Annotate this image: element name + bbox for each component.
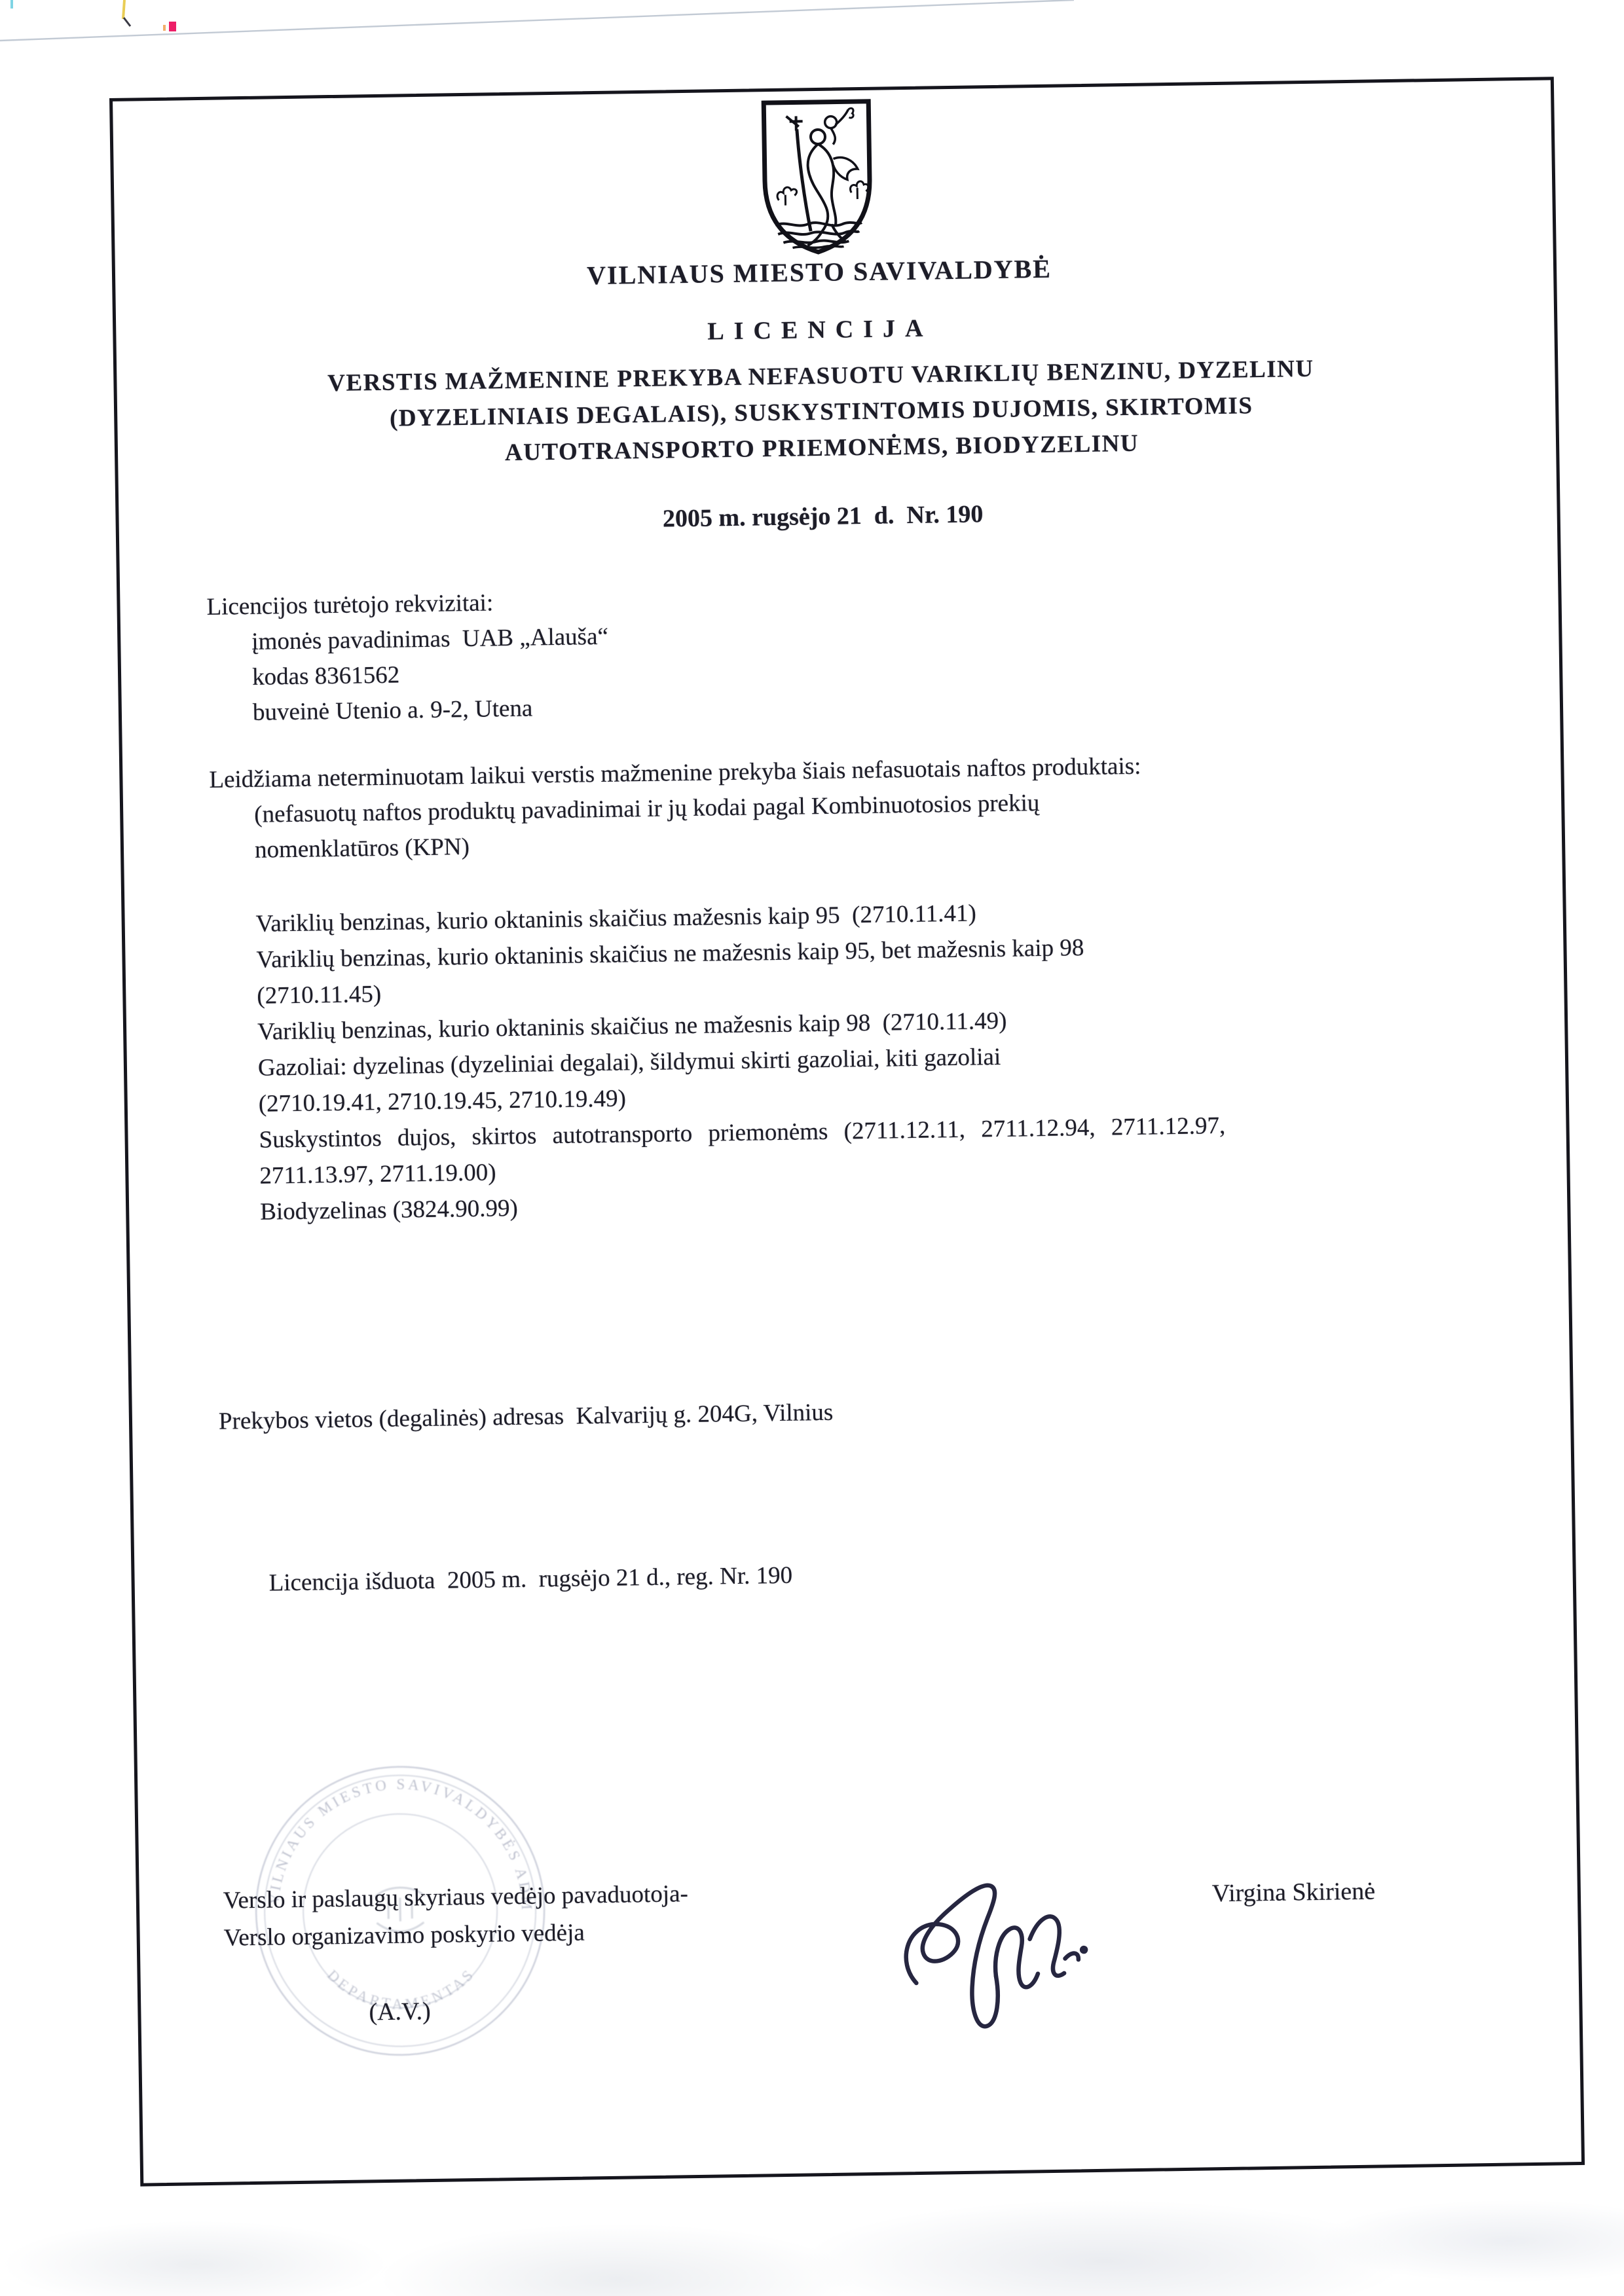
holder-requisites: Licencijos turėtojo rekvizitai: įmonės p…: [206, 584, 610, 731]
holder-code-line: kodas 8361562: [252, 655, 609, 695]
yellow-fleck: [123, 0, 124, 19]
license-document-frame: VILNIAUS MIESTO SAVIVALDYBĖ LICENCIJA VE…: [109, 77, 1585, 2186]
holder-address-line: buveinė Utenio a. 9-2, Utena: [253, 690, 610, 731]
signature: [881, 1826, 1122, 2073]
issued-line: Licencija išduota 2005 m. rugsėjo 21 d.,…: [268, 1558, 792, 1601]
signer-title-line: Verslo ir paslaugų skyriaus vedėjo pavad…: [223, 1875, 688, 1920]
vilnius-coat-of-arms-icon: [756, 96, 878, 259]
signer-title-line: Verslo organizavimo poskyrio vedėja: [223, 1912, 689, 1957]
magenta-fleck: [169, 22, 176, 31]
signer-title-block: Verslo ir paslaugų skyriaus vedėjo pavad…: [223, 1875, 689, 1957]
license-date-line: 2005 m. rugsėjo 21 d. Nr. 190: [119, 492, 1526, 541]
holder-company-line: įmonės pavadinimas UAB „Alauša“: [251, 619, 608, 660]
scanned-license-page: VILNIAUS MIESTO SAVIVALDYBĖ LICENCIJA VE…: [0, 0, 1624, 2296]
license-heading: LICENCIJA: [116, 305, 1524, 355]
product-list: Variklių benzinas, kurio oktaninis skaič…: [255, 892, 1227, 1230]
signer-name: Virgina Skirienė: [1212, 1877, 1376, 1908]
dark-tick: [124, 18, 130, 26]
scan-edge-line: [0, 0, 1074, 41]
seal-note: (A.V.): [369, 1997, 431, 2026]
orange-fleck: [163, 25, 166, 31]
sales-location-line: Prekybos vietos (degalinės) adresas Kalv…: [219, 1395, 834, 1440]
holder-requisites-heading: Licencijos turėtojo rekvizitai:: [206, 584, 608, 625]
permission-paragraph: Leidžiama neterminuotam laikui verstis m…: [209, 749, 1142, 869]
license-title: VERSTIS MAŽMENINE PREKYBA NEFASUOTU VARI…: [117, 348, 1526, 477]
